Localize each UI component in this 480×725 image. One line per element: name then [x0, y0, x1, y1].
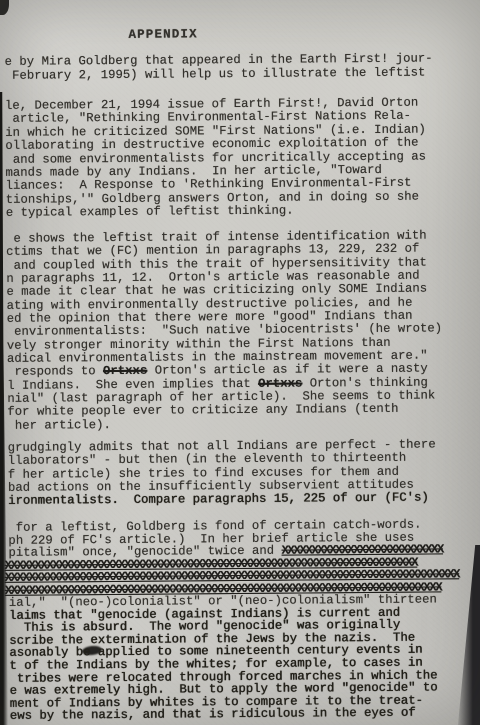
- page-title: APPENDIX: [128, 27, 197, 42]
- typed-text: APPENDIX e by Mira Goldberg that appeare…: [0, 0, 480, 725]
- struck-out-text: Ortxxs: [258, 376, 302, 390]
- paragraph: grudgingly admits that not all Indians a…: [8, 438, 480, 508]
- paragraph: le, December 21, 1994 issue of Earth Fir…: [5, 96, 478, 220]
- paragraph: e shows the leftist trait of intense ide…: [6, 229, 480, 433]
- typed-line: ironmentalists. Compare paragraphs 15, 2…: [8, 491, 480, 508]
- text-segment: February 2, 1995) will help us to illust…: [5, 65, 426, 82]
- typed-line: February 2, 1995) will help us to illust…: [5, 66, 477, 83]
- paragraph: for a leftist, Goldberg is fond of certa…: [8, 518, 480, 722]
- struck-out-text: Ortxxs: [103, 364, 147, 378]
- text-segment: ews by the nazis, and that is ridiculous…: [10, 706, 416, 723]
- text-segment: for white people ever to criticize any I…: [7, 402, 398, 419]
- text-segment: ironmentalists. Compare paragraphs 15, 2…: [8, 491, 429, 508]
- text-segment: her article).: [7, 418, 110, 433]
- typed-line: ews by the nazis, and that is ridiculous…: [10, 706, 480, 722]
- typed-line: e typical examples of leftist thinking.: [6, 203, 478, 220]
- paragraph: e by Mira Goldberg that appeared in the …: [5, 52, 477, 83]
- text-segment: e typical examples of leftist thinking.: [6, 204, 294, 220]
- typed-line: her article).: [7, 416, 479, 433]
- document-photo: APPENDIX e by Mira Goldberg that appeare…: [0, 0, 480, 725]
